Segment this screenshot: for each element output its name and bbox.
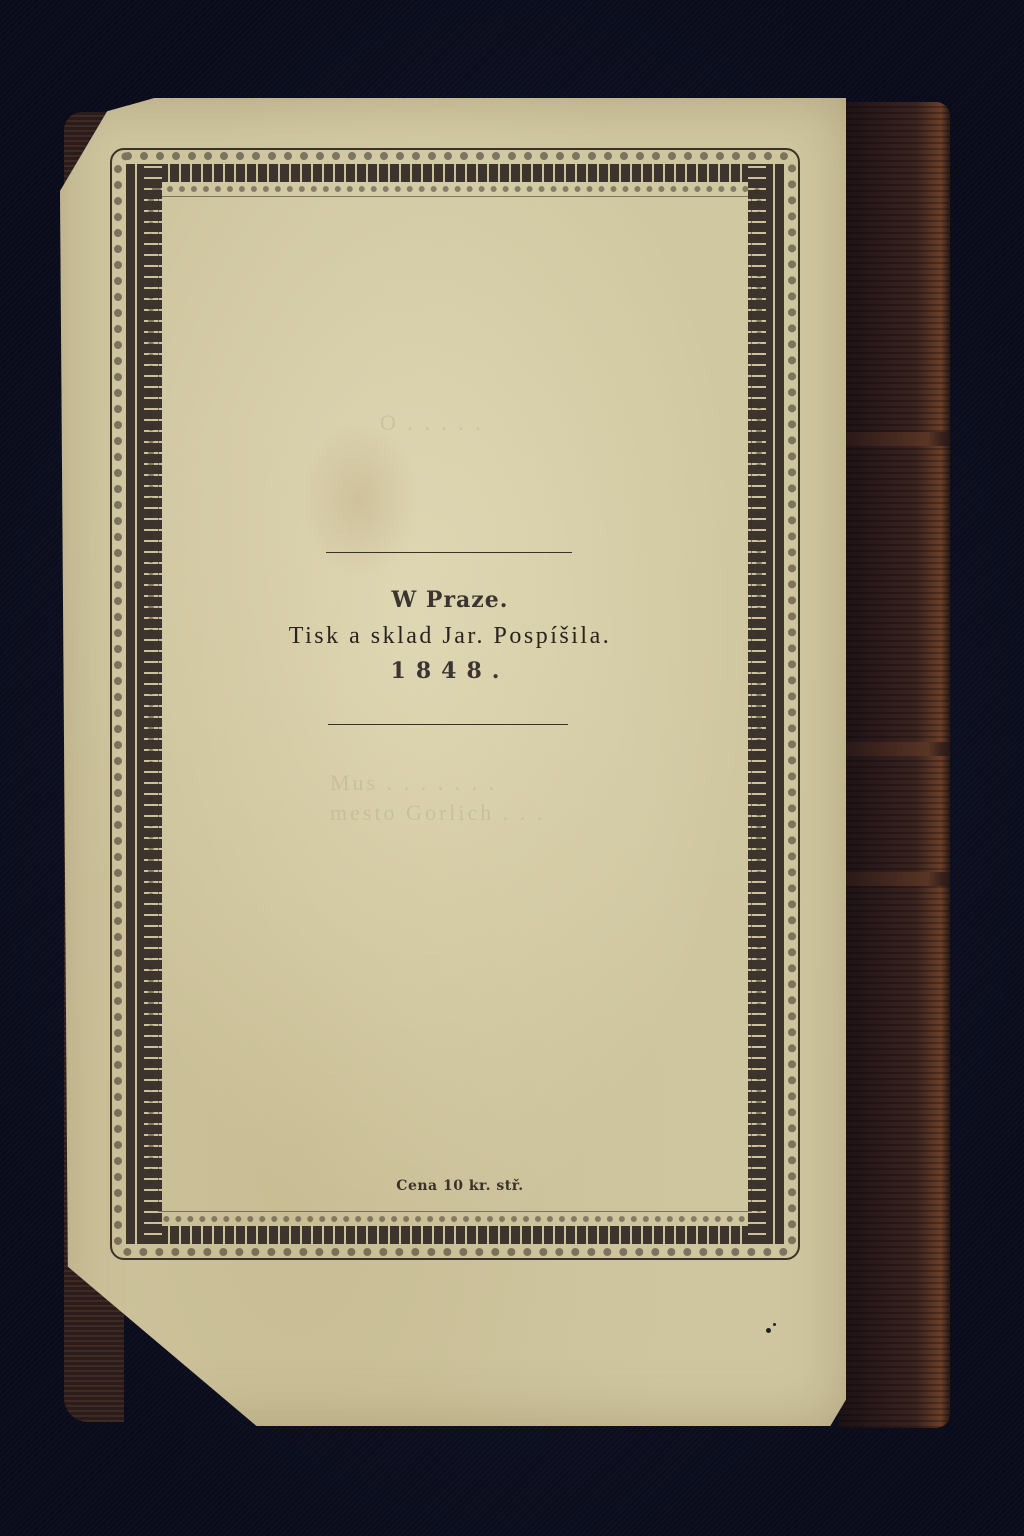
rule-top	[326, 552, 572, 553]
imprint-year: 1848.	[200, 658, 700, 684]
imprint-block: W Praze. Tisk a sklad Jar. Pospíšila. 18…	[200, 552, 700, 725]
price-label: Cena 10 kr. stř.	[360, 1178, 560, 1194]
spine-band	[838, 432, 950, 446]
imprint-printer: Tisk a sklad Jar. Pospíšila.	[200, 623, 700, 650]
imprint-city: W Praze.	[200, 587, 700, 613]
ink-speck	[773, 1323, 776, 1326]
spine-band	[838, 742, 950, 756]
ink-speck	[766, 1328, 771, 1333]
book-back-cover: O . . . . . Mus . . . . . . . mesto Gorl…	[0, 0, 1024, 1536]
rule-bottom	[328, 724, 568, 725]
book-spine	[838, 102, 950, 1428]
spine-band	[838, 872, 950, 886]
